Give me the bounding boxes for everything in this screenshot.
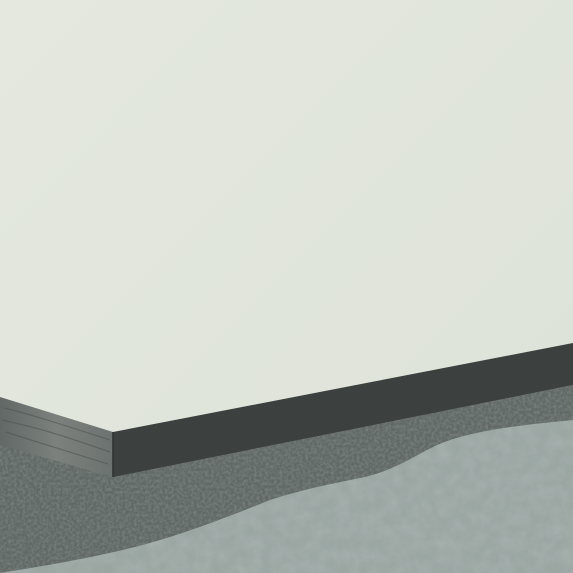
photograph: Black-and-white photograph of the corner…: [0, 0, 573, 573]
scene: [0, 0, 573, 573]
